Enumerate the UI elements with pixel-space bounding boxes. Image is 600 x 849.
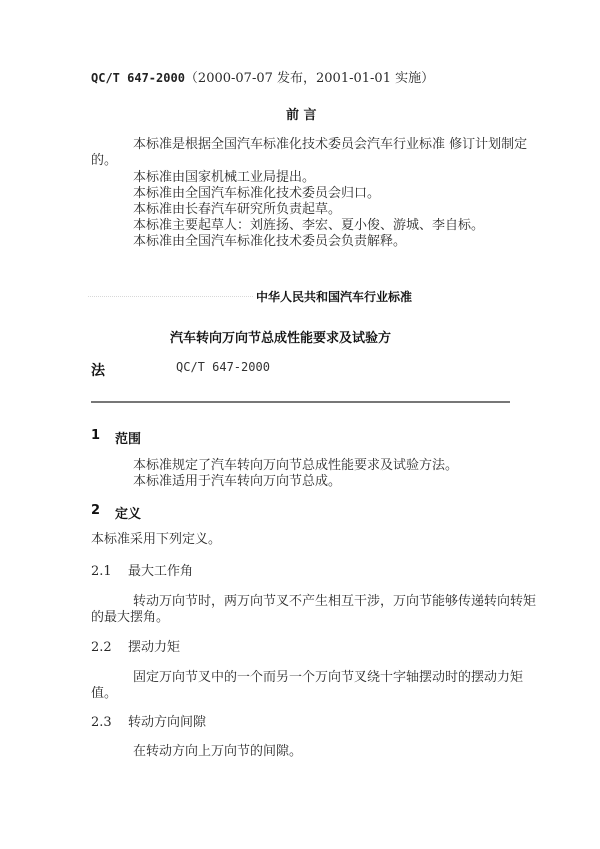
dotted-leader [88,296,253,298]
standard-header: QC/T 647-2000（2000-07-07 发布，2001-01-01 实… [91,71,434,86]
subsection-title: 转动方向间隙 [128,715,206,730]
section-body-line: 本标准适用于汽车转向万向节总成。 [133,474,341,489]
foreword-line: 本标准由全国汽车标准化技术委员会负责解释。 [133,234,406,249]
publication-dates: （2000-07-07 发布，2001-01-01 实施） [185,71,434,86]
foreword-line: 本标准是根据全国汽车标准化技术委员会汽车行业标准 修订计划制定 [133,137,527,152]
subsection-body-line: 值。 [91,686,117,701]
subsection-body-line: 固定万向节叉中的一个而另一个万向节叉绕十字轴摆动时的摆动力矩 [133,670,523,685]
subsection-body-line: 转动万向节时，两万向节叉不产生相互干涉，万向节能够传递转向转矩 [133,594,536,609]
section-title: 范围 [115,428,141,447]
issuer-title: 中华人民共和国汽车行业标准 [256,288,412,305]
section-body-line: 本标准规定了汽车转向万向节总成性能要求及试验方法。 [133,458,458,473]
subsection-title: 最大工作角 [128,564,193,579]
horizontal-rule [91,401,510,403]
standard-code: QC/T 647-2000 [91,71,185,85]
foreword-line: 本标准主要起草人：刘旌扬、李宏、夏小俊、游城、李自标。 [133,218,484,233]
foreword-line: 本标准由国家机械工业局提出。 [133,170,315,185]
document-code: QC/T 647-2000 [176,360,270,374]
section-number: 1 [91,428,100,443]
foreword-line: 的。 [91,153,117,168]
section-intro: 本标准采用下列定义。 [91,532,221,547]
subsection-body-line: 的最大摆角。 [91,610,169,625]
subsection-title: 摆动力矩 [128,640,180,655]
subsection-number: 2.1 [91,564,112,579]
subsection-number: 2.3 [91,715,112,730]
section-number: 2 [91,503,100,518]
section-title: 定义 [115,503,141,522]
document-title-continued: 法 [91,360,105,380]
subsection-number: 2.2 [91,640,112,655]
foreword-title: 前 言 [286,104,317,123]
foreword-line: 本标准由长春汽车研究所负责起草。 [133,202,341,217]
document-title: 汽车转向万向节总成性能要求及试验方 [170,327,391,346]
foreword-line: 本标准由全国汽车标准化技术委员会归口。 [133,186,380,201]
subsection-body-line: 在转动方向上万向节的间隙。 [133,744,302,759]
